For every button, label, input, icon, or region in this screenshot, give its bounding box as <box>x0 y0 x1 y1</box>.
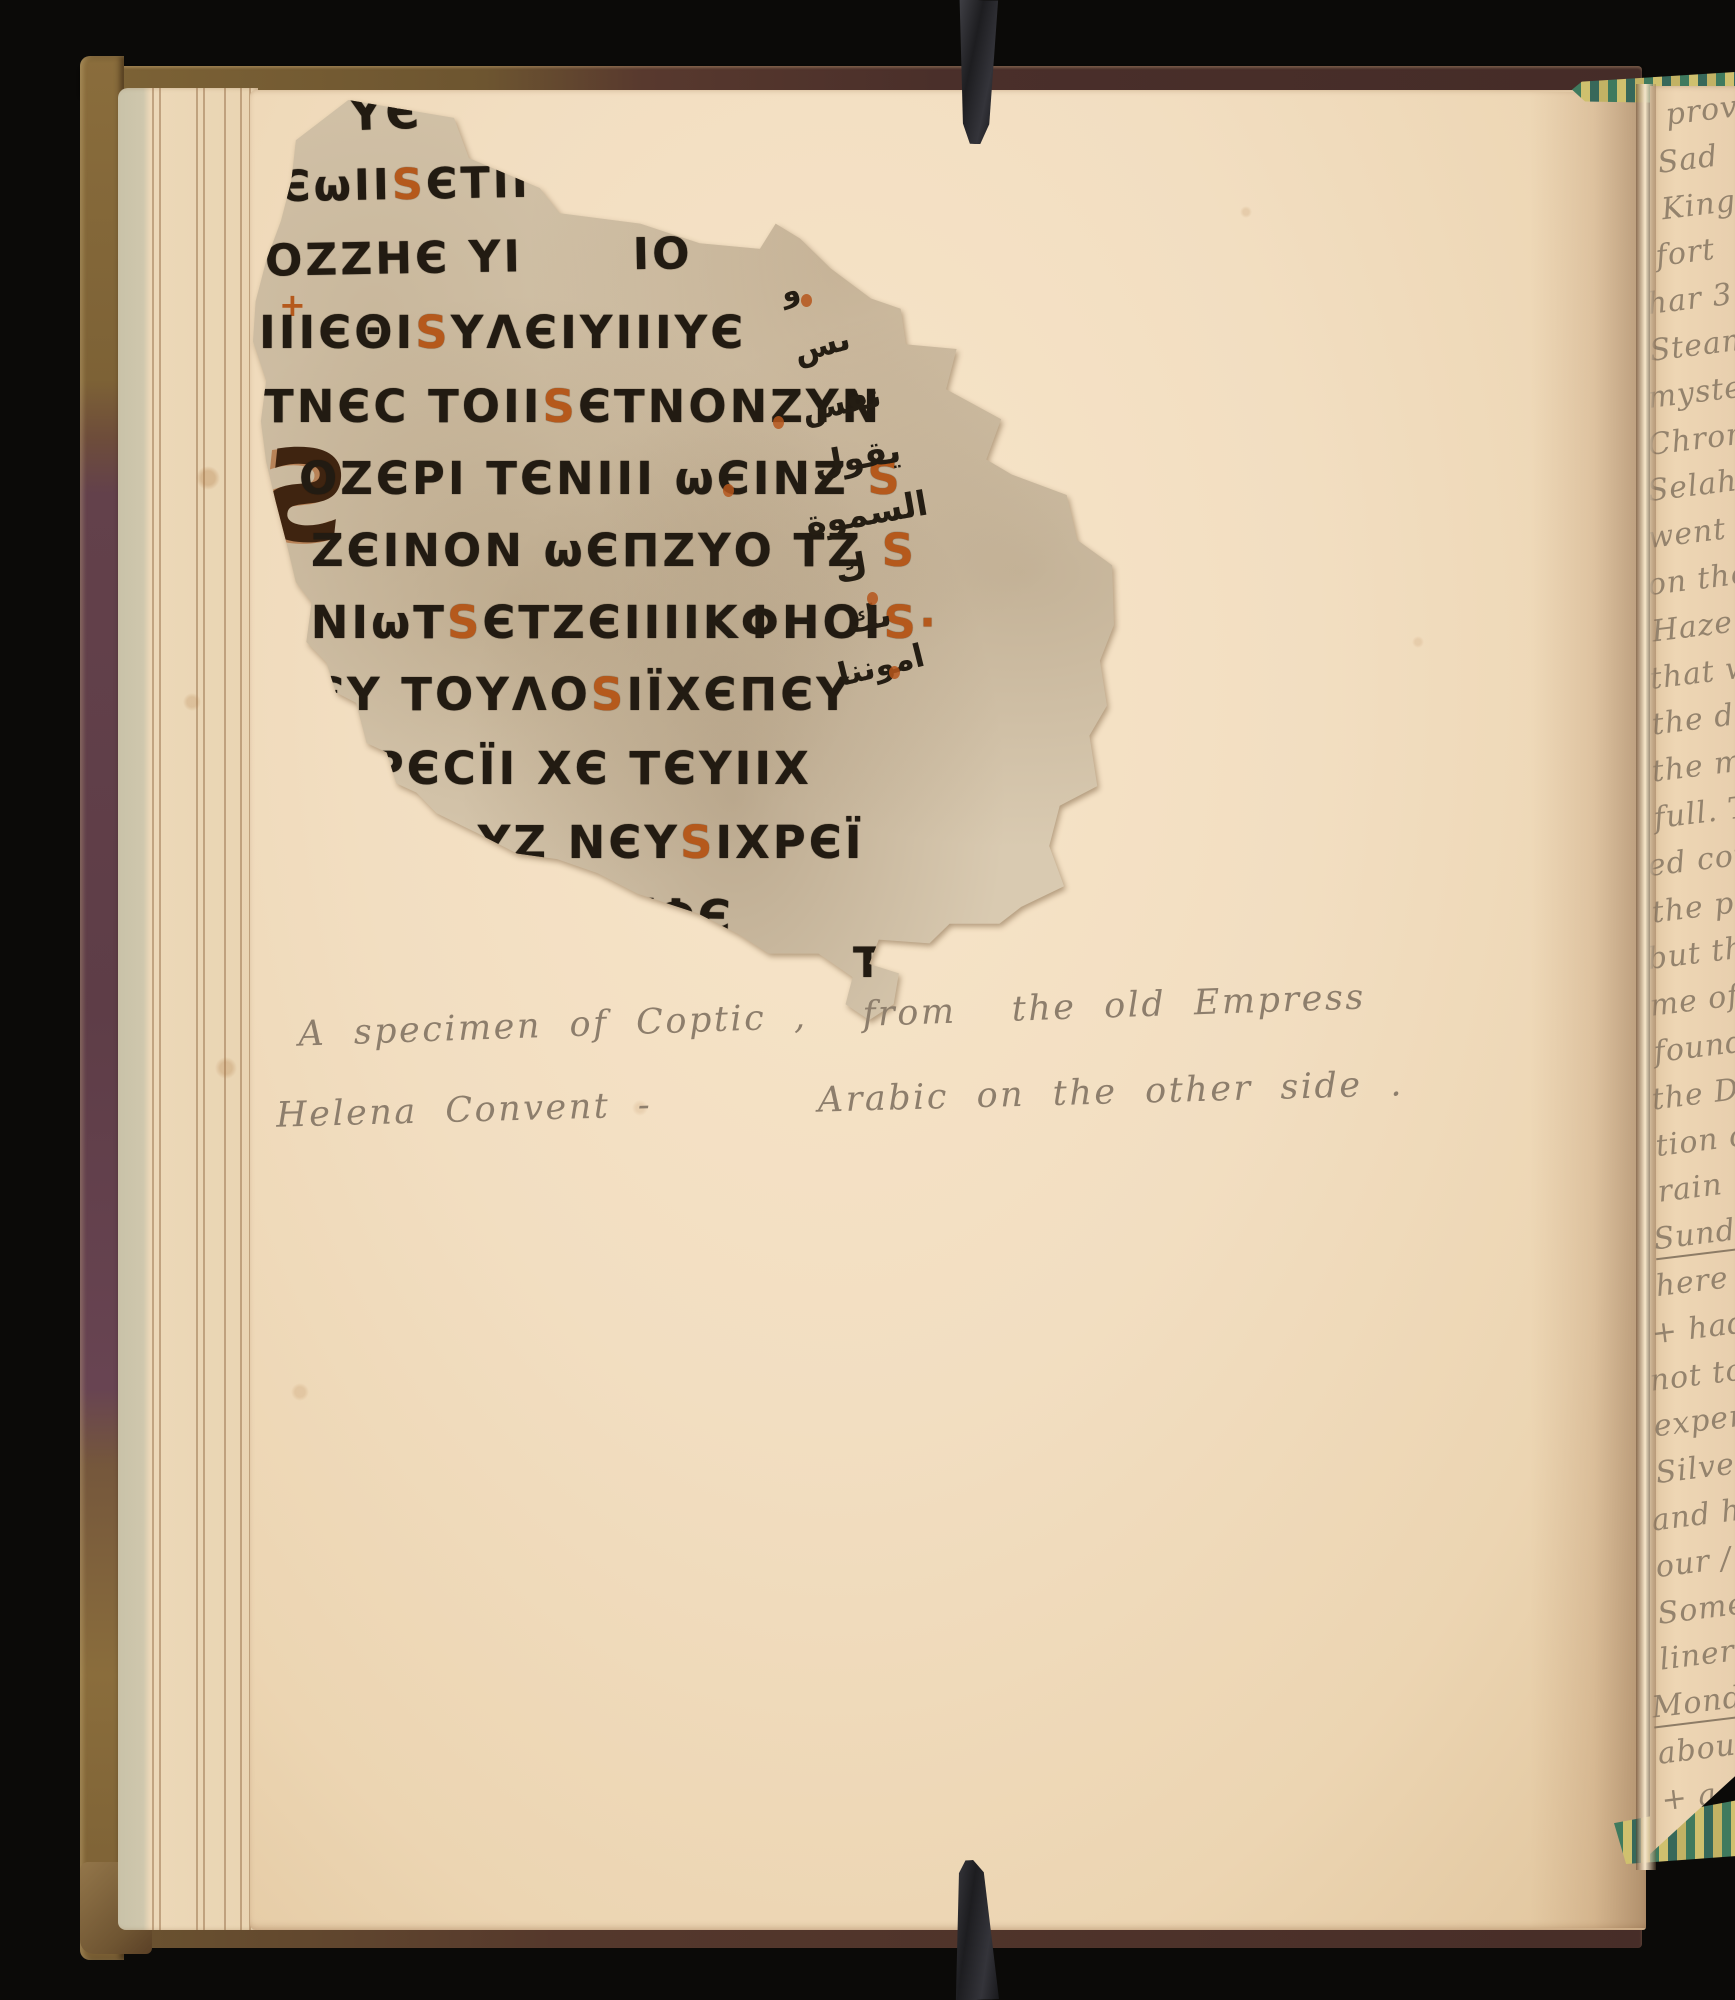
page-fold <box>1636 84 1656 1870</box>
arabic-text-line: ك <box>832 545 872 591</box>
coptic-manuscript-fragment: Ƨ + ΥЄЄωΙΙЅЄΤΙΪΟΖΖΗЄ ΥΙ ΙΟΙΙΙЄΘΙЅΥΛЄΙΥΙΙ… <box>253 86 1127 1022</box>
coptic-text-line: Τ <box>853 938 885 987</box>
coptic-text-line: ΟΖΖΗЄ ΥΙ ΙΟ <box>265 228 693 286</box>
leaf-edge-line <box>152 88 154 1930</box>
rubric-dot <box>889 666 900 679</box>
coptic-text-line: ΖЄΙΙ ΤΦЄ <box>493 886 735 943</box>
coptic-text-line: ЄωΙΙЅЄΤΙΪ <box>279 158 532 212</box>
coptic-text-line: ЅΠЄ ΥΖ ΝЄΥЅΙΧΡЄΪ <box>347 816 865 869</box>
coptic-text-line: ΙЄΡЄϹΪΙ ΧЄ ΤЄΥΙΙΧ <box>315 742 812 795</box>
coptic-text-line: ЄΥ ΤΟΥΛΟЅΙΪΧЄΠЄΥ <box>311 668 852 721</box>
leaf-edge-line <box>196 88 198 1930</box>
arabic-text-line: و <box>777 272 804 311</box>
rubric-dot <box>773 416 784 429</box>
page-edges-stack <box>118 88 258 1930</box>
leaf-edge-line <box>240 88 242 1930</box>
rubric-dot <box>867 592 878 605</box>
facing-journal-page: provSadKingforthar 3 lSteamemysteriChron… <box>1650 86 1735 1854</box>
coptic-text-line: ΥЄ <box>348 85 423 142</box>
coptic-text-line: ΙΝΙωΤЅЄΤΖЄΙΙΙΙΚΦΗΟΙЅ· <box>291 596 939 649</box>
leaf-edge-line <box>159 88 161 1930</box>
rubric-dot <box>723 484 734 497</box>
arabic-text-line: ىس <box>789 319 854 371</box>
photographed-scrapbook-page: provSadKingforthar 3 lSteamemysteriChron… <box>0 0 1735 2000</box>
leaf-edge-line <box>224 88 226 1930</box>
coptic-text-line: ΙΙΙЄΘΙЅΥΛЄΙΥΙΙΙΥЄ <box>259 306 746 359</box>
leaf-edge-line <box>203 88 205 1930</box>
fragment-parchment: Ƨ + ΥЄЄωΙΙЅЄΤΙΪΟΖΖΗЄ ΥΙ ΙΟΙΙΙЄΘΙЅΥΛЄΙΥΙΙ… <box>253 86 1127 1022</box>
rubric-dot <box>801 294 812 307</box>
coptic-text-line: ΤΝЄϹ ΤΟΙΙЅЄΤΝΟΝΖΥΝ <box>263 380 882 433</box>
gutter-shadow <box>1530 92 1646 1928</box>
